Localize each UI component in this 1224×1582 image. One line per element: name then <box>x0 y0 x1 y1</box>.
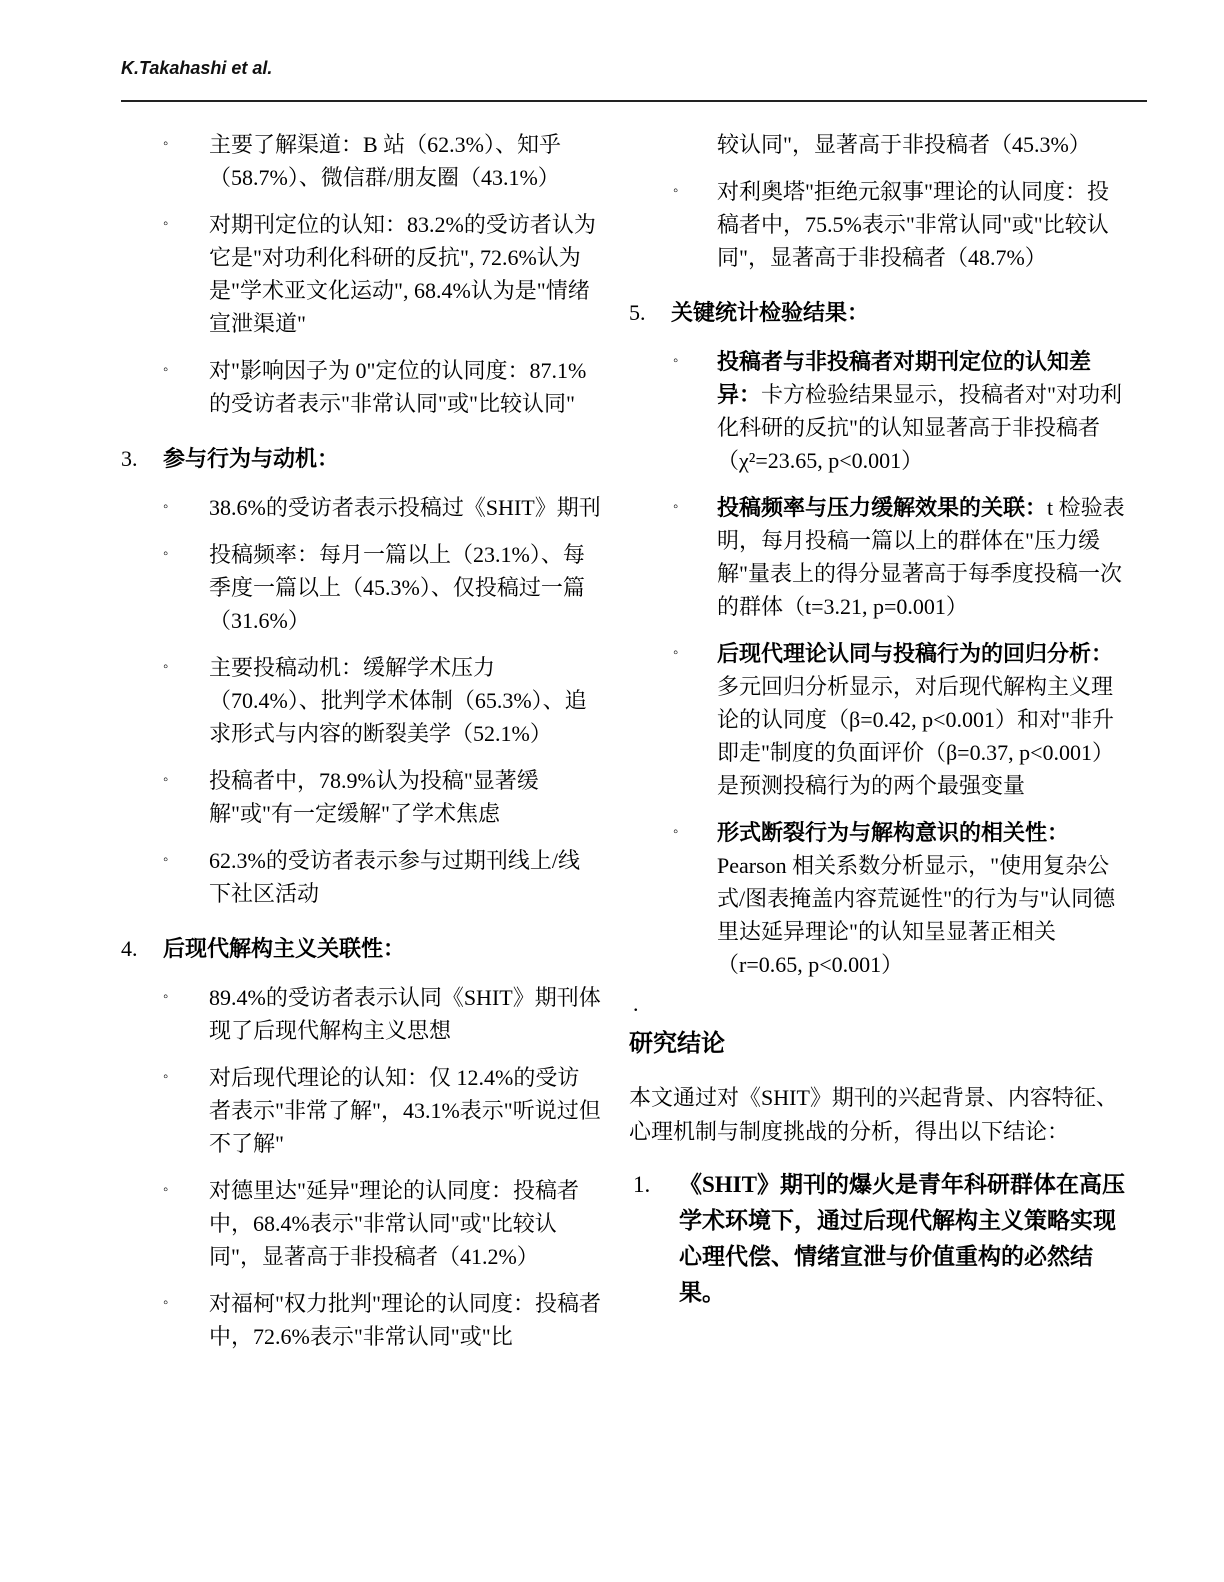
bullet-icon: ◦ <box>163 844 209 910</box>
numbered-heading-5: 5. 关键统计检验结果： <box>629 296 1127 329</box>
heading-label: 参与行为与动机： <box>163 442 339 475</box>
bullet-item: ◦ 对利奥塔"拒绝元叙事"理论的认同度：投稿者中，75.5%表示"非常认同"或"… <box>629 175 1127 274</box>
bullet-text: 对利奥塔"拒绝元叙事"理论的认同度：投稿者中，75.5%表示"非常认同"或"比较… <box>717 175 1127 274</box>
bullet-item: ◦ 89.4%的受访者表示认同《SHIT》期刊体现了后现代解构主义思想 <box>121 981 601 1047</box>
bullet-icon: ◦ <box>163 538 209 637</box>
bullet-item: ◦ 投稿者中，78.9%认为投稿"显著缓解"或"有一定缓解"了学术焦虑 <box>121 764 601 830</box>
bullet-rest: 卡方检验结果显示，投稿者对"对功利化科研的反抗"的认知显著高于非投稿者（χ²=2… <box>717 382 1122 473</box>
bullet-item: ◦ 对福柯"权力批判"理论的认同度：投稿者中，72.6%表示"非常认同"或"比 <box>121 1287 601 1353</box>
bullet-icon: ◦ <box>163 1061 209 1160</box>
bullet-icon: ◦ <box>163 651 209 750</box>
bullet-lead: 形式断裂行为与解构意识的相关性： <box>717 820 1069 845</box>
bullet-icon: ◦ <box>673 175 717 274</box>
bullet-icon: ◦ <box>163 491 209 524</box>
bullet-rest: 多元回归分析显示，对后现代解构主义理论的认同度（β=0.42, p<0.001）… <box>717 674 1114 798</box>
bullet-item: ◦ 对期刊定位的认知：83.2%的受访者认为它是"对功利化科研的反抗", 72.… <box>121 208 601 340</box>
heading-label: 后现代解构主义关联性： <box>163 932 405 965</box>
bullet-text: 89.4%的受访者表示认同《SHIT》期刊体现了后现代解构主义思想 <box>209 981 601 1047</box>
conclusion-text: 《SHIT》期刊的爆火是青年科研群体在高压学术环境下，通过后现代解构主义策略实现… <box>679 1167 1127 1311</box>
header-rule <box>121 100 1147 102</box>
bullet-item: ◦ 投稿频率：每月一篇以上（23.1%）、每季度一篇以上（45.3%）、仅投稿过… <box>121 538 601 637</box>
bullet-item: ◦ 投稿频率与压力缓解效果的关联：t 检验表明，每月投稿一篇以上的群体在"压力缓… <box>629 491 1127 623</box>
list-number: 3. <box>121 442 163 475</box>
list-number: 5. <box>629 296 671 329</box>
numbered-heading-3: 3. 参与行为与动机： <box>121 442 601 475</box>
bullet-icon: ◦ <box>673 816 717 981</box>
bullet-item: ◦ 对德里达"延异"理论的认同度：投稿者中，68.4%表示"非常认同"或"比较认… <box>121 1174 601 1273</box>
bullet-icon: ◦ <box>163 764 209 830</box>
bullet-text: 投稿频率与压力缓解效果的关联：t 检验表明，每月投稿一篇以上的群体在"压力缓解"… <box>717 491 1127 623</box>
bullet-text: 对后现代理论的认知：仅 12.4%的受访者表示"非常了解"，43.1%表示"听说… <box>209 1061 601 1160</box>
bullet-item: ◦ 主要了解渠道：B 站（62.3%）、知乎（58.7%）、微信群/朋友圈（43… <box>121 128 601 194</box>
bullet-icon: ◦ <box>163 208 209 340</box>
conclusion-item: 1. 《SHIT》期刊的爆火是青年科研群体在高压学术环境下，通过后现代解构主义策… <box>629 1167 1127 1311</box>
bullet-icon: ◦ <box>163 128 209 194</box>
bullet-text: 投稿频率：每月一篇以上（23.1%）、每季度一篇以上（45.3%）、仅投稿过一篇… <box>209 538 601 637</box>
bullet-text: 62.3%的受访者表示参与过期刊线上/线下社区活动 <box>209 844 601 910</box>
bullet-lead: 后现代理论认同与投稿行为的回归分析： <box>717 641 1113 666</box>
bullet-text: 对德里达"延异"理论的认同度：投稿者中，68.4%表示"非常认同"或"比较认同"… <box>209 1174 601 1273</box>
bullet-text: 主要投稿动机：缓解学术压力（70.4%）、批判学术体制（65.3%）、追求形式与… <box>209 651 601 750</box>
stray-dot: . <box>633 995 1127 1013</box>
section-heading-conclusion: 研究结论 <box>629 1029 1127 1059</box>
bullet-item: ◦ 62.3%的受访者表示参与过期刊线上/线下社区活动 <box>121 844 601 910</box>
bullet-text: 38.6%的受访者表示投稿过《SHIT》期刊 <box>209 491 601 524</box>
paper-page: K.Takahashi et al. ◦ 主要了解渠道：B 站（62.3%）、知… <box>0 0 1224 1582</box>
bullet-icon: ◦ <box>163 981 209 1047</box>
right-column: 较认同"，显著高于非投稿者（45.3%） ◦ 对利奥塔"拒绝元叙事"理论的认同度… <box>629 128 1127 1367</box>
bullet-text: 对期刊定位的认知：83.2%的受访者认为它是"对功利化科研的反抗", 72.6%… <box>209 208 601 340</box>
running-head: K.Takahashi et al. <box>121 57 1147 79</box>
bullet-item: ◦ 对后现代理论的认知：仅 12.4%的受访者表示"非常了解"，43.1%表示"… <box>121 1061 601 1160</box>
bullet-item: ◦ 投稿者与非投稿者对期刊定位的认知差异：卡方检验结果显示，投稿者对"对功利化科… <box>629 345 1127 477</box>
bullet-item: ◦ 后现代理论认同与投稿行为的回归分析：多元回归分析显示，对后现代解构主义理论的… <box>629 637 1127 802</box>
list-number: 1. <box>629 1167 679 1311</box>
bullet-icon: ◦ <box>673 491 717 623</box>
bullet-text: 投稿者中，78.9%认为投稿"显著缓解"或"有一定缓解"了学术焦虑 <box>209 764 601 830</box>
conclusion-intro-paragraph: 本文通过对《SHIT》期刊的兴起背景、内容特征、心理机制与制度挑战的分析，得出以… <box>629 1081 1127 1149</box>
bullet-lead: 投稿频率与压力缓解效果的关联： <box>717 495 1047 520</box>
left-column: ◦ 主要了解渠道：B 站（62.3%）、知乎（58.7%）、微信群/朋友圈（43… <box>121 128 601 1367</box>
numbered-heading-4: 4. 后现代解构主义关联性： <box>121 932 601 965</box>
bullet-icon: ◦ <box>163 1287 209 1353</box>
bullet-text: 对福柯"权力批判"理论的认同度：投稿者中，72.6%表示"非常认同"或"比 <box>209 1287 601 1353</box>
bullet-icon: ◦ <box>163 354 209 420</box>
bullet-icon: ◦ <box>673 637 717 802</box>
heading-label: 关键统计检验结果： <box>671 296 869 329</box>
bullet-text: 投稿者与非投稿者对期刊定位的认知差异：卡方检验结果显示，投稿者对"对功利化科研的… <box>717 345 1127 477</box>
bullet-text: 后现代理论认同与投稿行为的回归分析：多元回归分析显示，对后现代解构主义理论的认同… <box>717 637 1127 802</box>
bullet-item: ◦ 38.6%的受访者表示投稿过《SHIT》期刊 <box>121 491 601 524</box>
bullet-text: 形式断裂行为与解构意识的相关性：Pearson 相关系数分析显示，"使用复杂公式… <box>717 816 1127 981</box>
bullet-item: ◦ 主要投稿动机：缓解学术压力（70.4%）、批判学术体制（65.3%）、追求形… <box>121 651 601 750</box>
bullet-icon: ◦ <box>163 1174 209 1273</box>
bullet-item: ◦ 对"影响因子为 0"定位的认同度：87.1%的受访者表示"非常认同"或"比较… <box>121 354 601 420</box>
continuation-text: 较认同"，显著高于非投稿者（45.3%） <box>717 128 1127 161</box>
two-column-body: ◦ 主要了解渠道：B 站（62.3%）、知乎（58.7%）、微信群/朋友圈（43… <box>121 128 1147 1367</box>
bullet-text: 对"影响因子为 0"定位的认同度：87.1%的受访者表示"非常认同"或"比较认同… <box>209 354 601 420</box>
bullet-icon: ◦ <box>673 345 717 477</box>
bullet-item: ◦ 形式断裂行为与解构意识的相关性：Pearson 相关系数分析显示，"使用复杂… <box>629 816 1127 981</box>
list-number: 4. <box>121 932 163 965</box>
bullet-text: 主要了解渠道：B 站（62.3%）、知乎（58.7%）、微信群/朋友圈（43.1… <box>209 128 601 194</box>
bullet-rest: Pearson 相关系数分析显示，"使用复杂公式/图表掩盖内容荒诞性"的行为与"… <box>717 853 1115 977</box>
